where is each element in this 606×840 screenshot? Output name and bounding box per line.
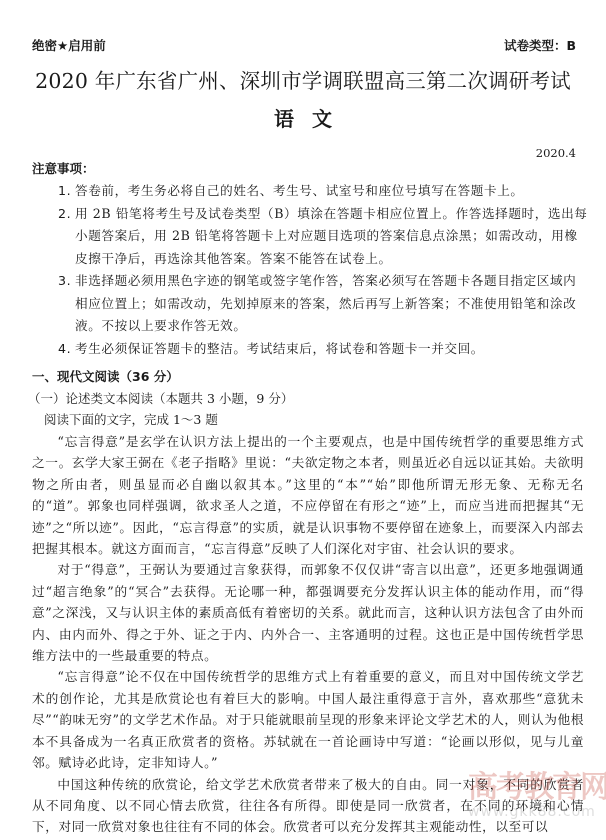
notice-heading: 注意事项： (32, 159, 95, 177)
notice-item: 4. 考生必须保证答题卡的整洁。考试结束后，将试卷和答题卡一并交回。 (58, 338, 588, 361)
top-header-line: 绝密★启用前 试卷类型：B (32, 36, 576, 54)
subject-title: 语文 (0, 103, 606, 132)
notice-number: 3. (58, 270, 75, 338)
passage-paragraph: 中国这种传统的欣赏论，给文学艺术欣赏者带来了极大的自由。同一对象，不同的欣赏者从… (32, 774, 584, 838)
section-subheading: （一）论述类文本阅读（本题共 3 小题，9 分） (28, 389, 293, 407)
exam-title: 2020 年广东省广州、深圳市学调联盟高三第二次调研考试 (0, 64, 606, 94)
reading-instruction: 阅读下面的文字，完成 1～3 题 (44, 410, 218, 428)
notice-item: 3. 非选择题必须用黑色字迹的钢笔或签字笔作答，答案必须写在答题卡各题目指定区域… (58, 270, 588, 338)
exam-date: 2020.4 (536, 146, 576, 160)
passage-paragraph: “忘言得意”论不仅在中国传统哲学的思维方式上有着重要的意义，而且对中国传统文学艺… (32, 666, 584, 773)
notice-item: 2. 用 2B 铅笔将考生号及试卷类型（B）填涂在答题卡相应位置上。作答选择题时… (58, 203, 588, 271)
secrecy-label: 绝密★启用前 (32, 36, 106, 54)
reading-passage: “忘言得意”是玄学在认识方法上提出的一个主要观点，也是中国传统哲学的重要思维方式… (32, 431, 584, 838)
notice-number: 1. (58, 180, 75, 203)
notice-number: 4. (58, 338, 75, 361)
notice-item: 1. 答卷前，考生务必将自己的姓名、考生号、试室号和座位号填写在答题卡上。 (58, 180, 588, 203)
notice-text: 答卷前，考生务必将自己的姓名、考生号、试室号和座位号填写在答题卡上。 (75, 180, 588, 203)
section-heading: 一、现代文阅读（36 分） (32, 367, 179, 385)
notice-text: 用 2B 铅笔将考生号及试卷类型（B）填涂在答题卡相应位置上。作答选择题时，选出… (75, 203, 588, 271)
notice-number: 2. (58, 203, 75, 271)
notice-text: 考生必须保证答题卡的整洁。考试结束后，将试卷和答题卡一并交回。 (75, 338, 588, 361)
notice-text: 非选择题必须用黑色字迹的钢笔或签字笔作答，答案必须写在答题卡各题目指定区域内相应… (75, 270, 588, 338)
passage-paragraph: “忘言得意”是玄学在认识方法上提出的一个主要观点，也是中国传统哲学的重要思维方式… (32, 431, 584, 559)
notice-list: 1. 答卷前，考生务必将自己的姓名、考生号、试室号和座位号填写在答题卡上。 2.… (58, 180, 588, 360)
exam-page: 绝密★启用前 试卷类型：B 2020 年广东省广州、深圳市学调联盟高三第二次调研… (0, 0, 606, 840)
paper-type-label: 试卷类型：B (504, 36, 576, 54)
passage-paragraph: 对于“得意”，王弼认为要通过言象获得，而郭象不仅仅讲“寄言以出意”，还更多地强调… (32, 559, 584, 666)
